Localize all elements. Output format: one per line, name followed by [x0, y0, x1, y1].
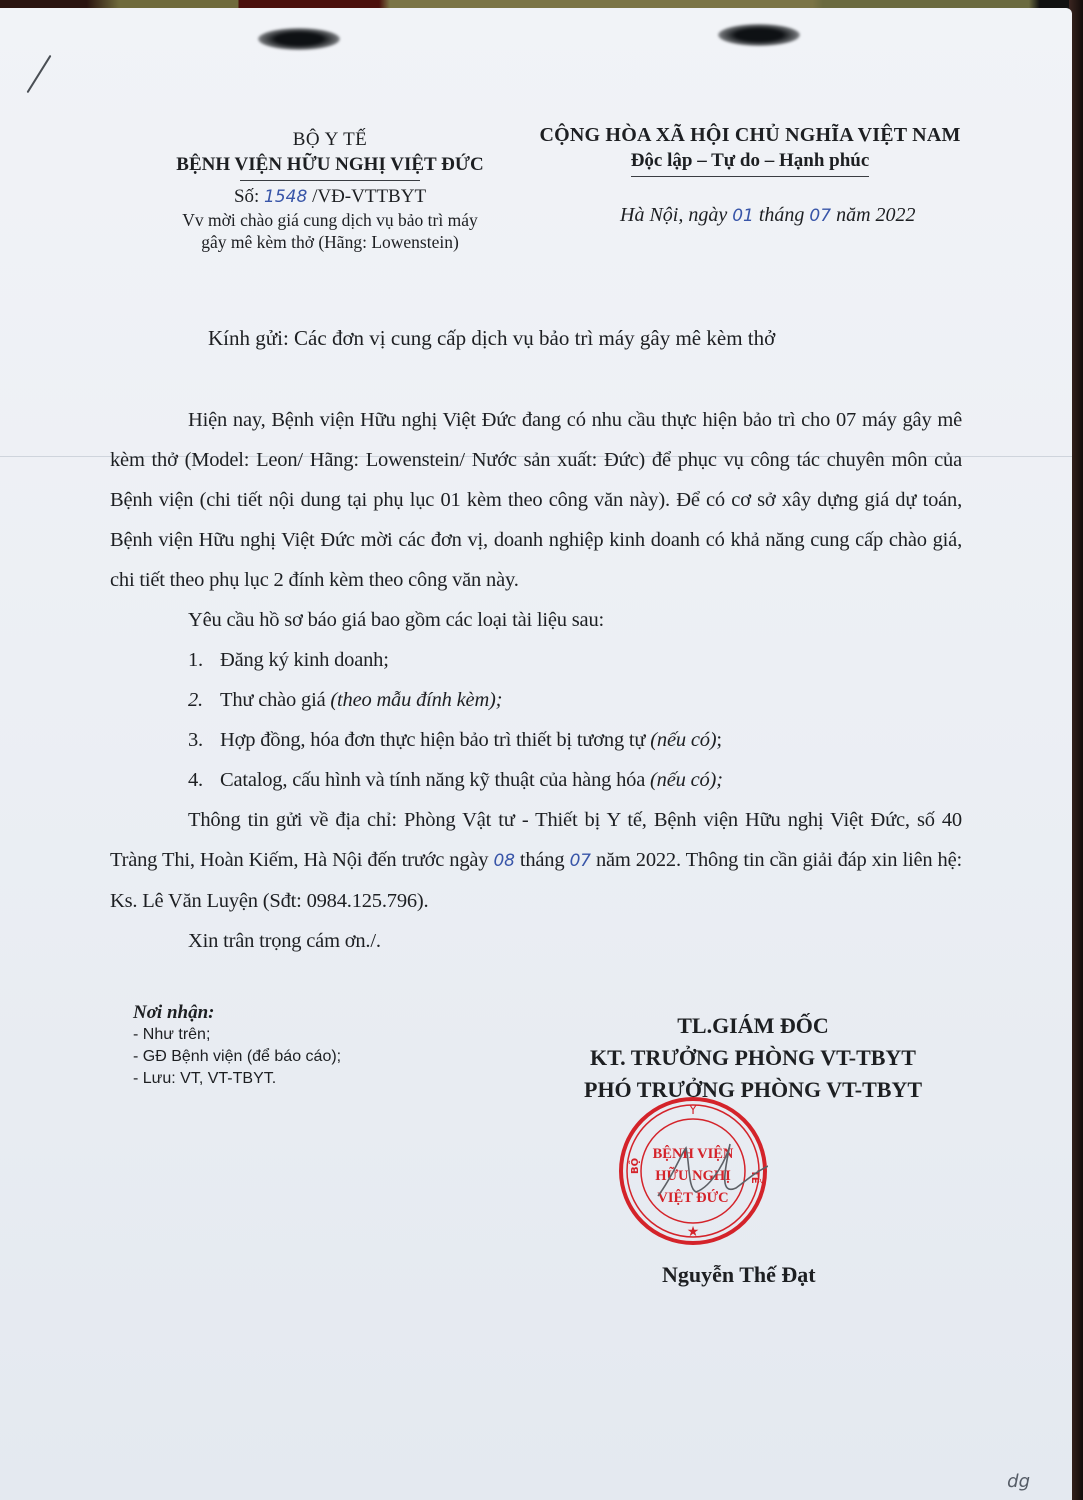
national-motto: Độc lập – Tự do – Hạnh phúc: [631, 148, 870, 177]
date-prefix: Hà Nội, ngày: [620, 204, 727, 226]
item-text: Thư chào giá: [220, 689, 330, 711]
ministry-name: BỘ Y TẾ: [120, 128, 540, 152]
item-note: (theo mẫu đính kèm);: [330, 689, 502, 711]
list-item: 2.Thư chào giá (theo mẫu đính kèm);: [110, 680, 962, 720]
signer-name: Nguyễn Thế Đạt: [662, 1262, 816, 1288]
document-date: Hà Nội, ngày 01 tháng 07 năm 2022: [620, 204, 916, 227]
item-number: 4.: [188, 760, 220, 800]
number-suffix: /VĐ-VTTBYT: [312, 186, 426, 207]
stamp-text-1: BỆNH VIỆN: [653, 1145, 734, 1162]
svg-text:Y: Y: [688, 1103, 697, 1117]
item-text: Đăng ký kinh doanh;: [220, 649, 389, 671]
item-note: (nếu có);: [650, 769, 723, 791]
paragraph-intro: Hiện nay, Bệnh viện Hữu nghị Việt Đức đa…: [110, 400, 962, 600]
stamp-ring-left: BỘ: [628, 1158, 641, 1174]
list-item: 1.Đăng ký kinh doanh;: [110, 640, 962, 680]
list-item: 3.Hợp đồng, hóa đơn thực hiện bảo trì th…: [110, 720, 962, 760]
page-initials: dg: [1007, 1471, 1030, 1492]
item-text: Catalog, cấu hình và tính năng kỹ thuật …: [220, 769, 650, 791]
recipient-item: - Lưu: VT, VT-TBYT.: [133, 1068, 341, 1090]
list-item: 4.Catalog, cấu hình và tính năng kỹ thuậ…: [110, 760, 962, 800]
national-header: CỘNG HÒA XÃ HỘI CHỦ NGHĨA VIỆT NAM Độc l…: [510, 122, 990, 177]
item-number: 1.: [188, 640, 220, 680]
svg-text:★: ★: [687, 1224, 700, 1240]
paragraph-contact: Thông tin gửi về địa chỉ: Phòng Vật tư -…: [110, 800, 962, 921]
item-number: 3.: [188, 720, 220, 760]
number-prefix: Số:: [234, 186, 259, 207]
official-seal-icon: Y ★ BỘ TẾ BỆNH VIỆN HỮU NGHỊ VIỆT ĐỨC: [618, 1096, 768, 1246]
signature-block: TL.GIÁM ĐỐC KT. TRƯỞNG PHÒNG VT-TBYT PHÓ…: [548, 1010, 958, 1106]
item-number: 2.: [188, 680, 220, 720]
requirements-intro: Yêu cầu hồ sơ báo giá bao gồm các loại t…: [110, 600, 962, 640]
date-month: 07: [809, 206, 831, 226]
letter-body: Hiện nay, Bệnh viện Hữu nghị Việt Đức đa…: [110, 400, 962, 961]
recipients-title: Nơi nhận:: [133, 1002, 341, 1024]
document-page: BỘ Y TẾ BỆNH VIỆN HỮU NGHỊ VIỆT ĐỨC Số: …: [0, 8, 1072, 1500]
document-number: Số: 1548 /VĐ-VTTBYT: [120, 185, 540, 209]
closing: Xin trân trọng cám ơn./.: [110, 921, 962, 961]
item-tail: ;: [716, 729, 722, 751]
divider: [240, 180, 420, 181]
republic-title: CỘNG HÒA XÃ HỘI CHỦ NGHĨA VIỆT NAM: [510, 122, 990, 148]
date-day: 01: [732, 206, 754, 226]
pen-mark: [26, 55, 51, 93]
requirements-list: 1.Đăng ký kinh doanh; 2.Thư chào giá (th…: [110, 640, 962, 800]
recipient-item: - GĐ Bệnh viện (để báo cáo);: [133, 1046, 341, 1068]
item-note: (nếu có): [650, 729, 716, 751]
deadline-day: 08: [493, 851, 514, 871]
recipients-block: Nơi nhận: - Như trên; - GĐ Bệnh viện (để…: [133, 1002, 341, 1090]
signature-line-1: TL.GIÁM ĐỐC: [548, 1010, 958, 1042]
deadline-month: 07: [570, 851, 591, 871]
number-handwritten: 1548: [264, 187, 307, 207]
item-text: Hợp đồng, hóa đơn thực hiện bảo trì thiế…: [220, 729, 650, 751]
issuer-header: BỘ Y TẾ BỆNH VIỆN HỮU NGHỊ VIỆT ĐỨC Số: …: [120, 128, 540, 253]
ink-blot: [718, 24, 800, 46]
stamp-text-3: VIỆT ĐỨC: [657, 1189, 728, 1206]
ink-blot: [258, 28, 340, 50]
recipient-item: - Như trên;: [133, 1024, 341, 1046]
contact-month-label: tháng: [515, 849, 570, 871]
date-month-label: tháng: [759, 204, 805, 226]
greeting: Kính gửi: Các đơn vị cung cấp dịch vụ bả…: [208, 326, 775, 351]
subject-line-2: gây mê kèm thở (Hãng: Lowenstein): [120, 231, 540, 253]
hospital-name: BỆNH VIỆN HỮU NGHỊ VIỆT ĐỨC: [120, 152, 540, 178]
signature-line-2: KT. TRƯỞNG PHÒNG VT-TBYT: [548, 1042, 958, 1074]
date-year: năm 2022: [836, 204, 915, 226]
subject-line-1: Vv mời chào giá cung dịch vụ bảo trì máy: [120, 209, 540, 231]
